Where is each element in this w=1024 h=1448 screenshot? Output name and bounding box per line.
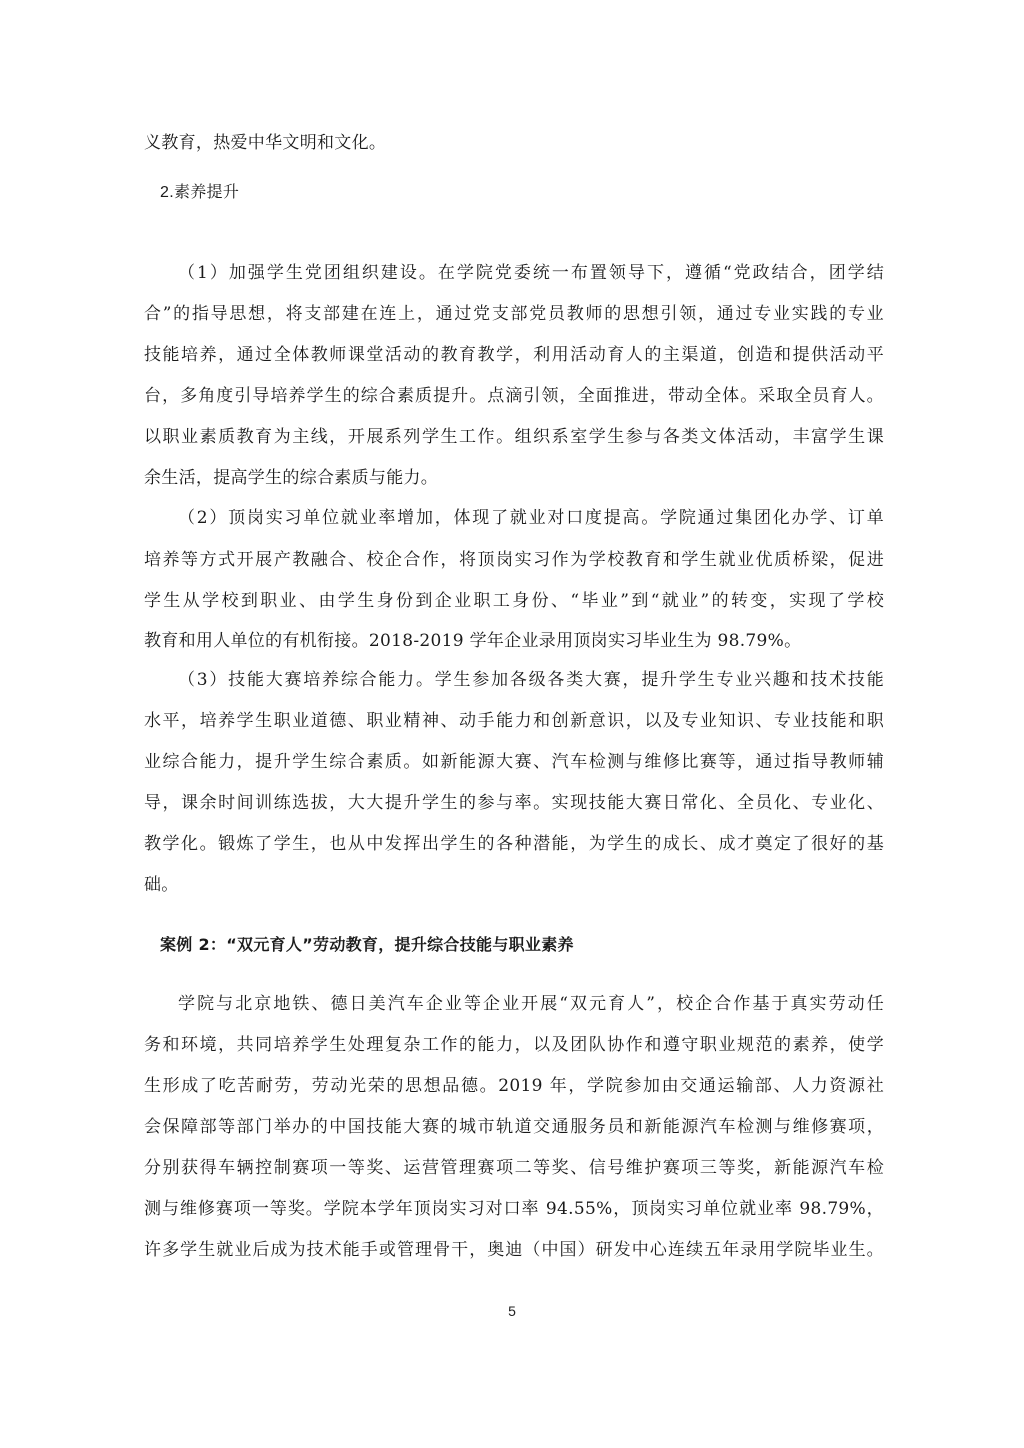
paragraph-line: 培养等方式开展产教融合、校企合作，将顶岗实习作为学校教育和学生就业优质桥梁，促进	[144, 548, 884, 572]
paragraph-line: 学院与北京地铁、德日美汽车企业等企业开展“双元育人”，校企合作基于真实劳动任	[178, 992, 884, 1016]
paragraph-line: 务和环境，共同培养学生处理复杂工作的能力，以及团队协作和遵守职业规范的素养，使学	[144, 1033, 884, 1057]
paragraph-line: 导，课余时间训练选拔，大大提升学生的参与率。实现技能大赛日常化、全员化、专业化、	[144, 791, 884, 815]
paragraph-line: 业综合能力，提升学生综合素质。如新能源大赛、汽车检测与维修比赛等，通过指导教师辅	[144, 750, 884, 774]
paragraph-line: （3）技能大赛培养综合能力。学生参加各级各类大赛，提升学生专业兴趣和技术技能	[178, 668, 884, 692]
section-heading: 2.素养提升	[160, 181, 900, 205]
paragraph-line: 技能培养，通过全体教师课堂活动的教育教学，利用活动育人的主渠道，创造和提供活动平	[144, 343, 884, 367]
paragraph-line: 分别获得车辆控制赛项一等奖、运营管理赛项二等奖、信号维护赛项三等奖，新能源汽车检	[144, 1156, 884, 1180]
paragraph-line: 础。	[144, 873, 884, 897]
paragraph-line: （2）顶岗实习单位就业率增加，体现了就业对口度提高。学院通过集团化办学、订单	[178, 506, 884, 530]
paragraph-line: 学生从学校到职业、由学生身份到企业职工身份、“毕业”到“就业”的转变，实现了学校	[144, 589, 884, 613]
page-number: 5	[0, 1303, 1024, 1319]
paragraph-line: 测与维修赛项一等奖。学院本学年顶岗实习对口率 94.55%，顶岗实习单位就业率 …	[144, 1197, 884, 1221]
paragraph-line: 余生活，提高学生的综合素质与能力。	[144, 466, 884, 490]
continuation-line: 义教育，热爱中华文明和文化。	[144, 131, 884, 155]
paragraph-line: 生形成了吃苦耐劳，劳动光荣的思想品德。2019 年，学院参加由交通运输部、人力资…	[144, 1074, 884, 1098]
paragraph-line: 会保障部等部门举办的中国技能大赛的城市轨道交通服务员和新能源汽车检测与维修赛项，	[144, 1115, 884, 1139]
paragraph-line: 许多学生就业后成为技术能手或管理骨干，奥迪（中国）研发中心连续五年录用学院毕业生…	[144, 1238, 884, 1262]
paragraph-line: 合”的指导思想，将支部建在连上，通过党支部党员教师的思想引领，通过专业实践的专业	[144, 302, 884, 326]
paragraph-line: 水平，培养学生职业道德、职业精神、动手能力和创新意识，以及专业知识、专业技能和职	[144, 709, 884, 733]
paragraph-line: 教学化。锻炼了学生，也从中发挥出学生的各种潜能，为学生的成长、成才奠定了很好的基	[144, 832, 884, 856]
paragraph-line: （1）加强学生党团组织建设。在学院党委统一布置领导下，遵循“党政结合，团学结	[178, 261, 884, 285]
paragraph-line: 台，多角度引导培养学生的综合素质提升。点滴引领，全面推进，带动全体。采取全员育人…	[144, 384, 884, 408]
paragraph-line: 教育和用人单位的有机衔接。2018-2019 学年企业录用顶岗实习毕业生为 98…	[144, 629, 884, 653]
paragraph-line: 以职业素质教育为主线，开展系列学生工作。组织系室学生参与各类文体活动，丰富学生课	[144, 425, 884, 449]
case-heading: 案例 2：“双元育人”劳动教育，提升综合技能与职业素养	[160, 933, 900, 957]
